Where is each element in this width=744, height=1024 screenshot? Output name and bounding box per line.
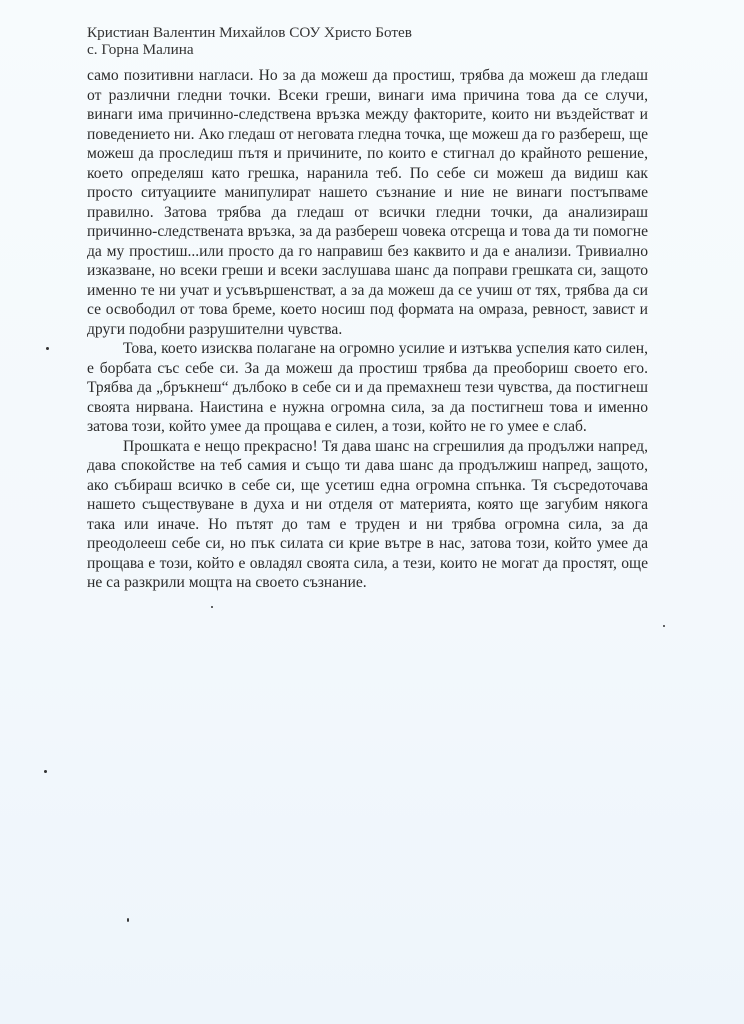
paragraph-1: само позитивни нагласи. Но за да можеш д… [87,66,648,339]
scan-speck [44,770,47,773]
scanned-page: Кристиан Валентин Михайлов СОУ Христо Бо… [0,0,744,1024]
scan-speck [127,918,129,922]
village-line: с. Горна Малина [87,41,412,58]
scan-speck [663,625,665,627]
essay-body: само позитивни нагласи. Но за да можеш д… [87,66,648,593]
scan-speck [201,195,203,197]
document-header: Кристиан Валентин Михайлов СОУ Христо Бо… [87,24,412,58]
paragraph-2: Това, което изисква полагане на огромно … [87,339,648,437]
author-school-line: Кристиан Валентин Михайлов СОУ Христо Бо… [87,24,412,41]
scan-speck [46,347,49,350]
scan-speck [211,606,213,608]
paragraph-3: Прошката е нещо прекрасно! Тя дава шанс … [87,437,648,593]
